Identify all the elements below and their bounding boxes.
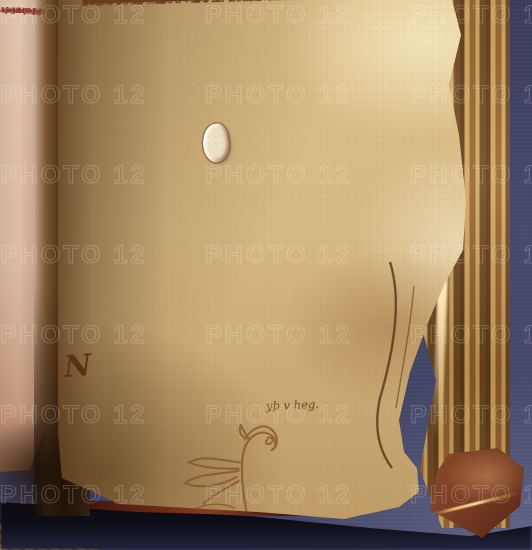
manuscript-line: a datt ey ner nvmit nylig raþ. Ribra þei… — [82, 0, 401, 8]
manuscript-line: v þvst ana at r avgd þ atla hiost. Seir … — [82, 0, 430, 8]
manuscript-line: halfv pezrv gæla hve e yþ sniemat saka r… — [82, 0, 404, 8]
manuscript-line: hvg, er hö t hvilo heyra knatti giallan … — [82, 0, 409, 8]
manuscript-line: ins hvrta ltr fretna peþ hvg er aþ þeria… — [82, 0, 417, 8]
manuscript-line: e r vilda þ at mic vr orri aþ þer gvlvga… — [97, 0, 403, 7]
manuscript-line: gvn hein þv jvilvegtr. ltr seze atli ovd… — [82, 0, 423, 8]
manuscript-line: sar vndir dreyrgar knett þr binda. Irpra… — [82, 0, 394, 8]
manuscript-line: ein velde brynh ollo bol v m vm mer r ma… — [82, 0, 399, 8]
manuscript-line: vatnadi uiha jarþ e hon freys vinar flav… — [82, 0, 411, 8]
manuscript-line: lo viþ gos itvm. Hlopa brynh. b. d. eina… — [82, 0, 404, 8]
manuscript-line: gras raliga kyn birt iarth oc er heim fi… — [82, 0, 336, 8]
drop-initial-N: N — [63, 351, 92, 383]
dragon-doodle-drawing — [166, 408, 306, 518]
manuscript-line: slo h svarar sinar hende at ram hvgaþ re… — [82, 0, 463, 8]
manuscript-line: tiþ varat herrin hs gnat vitil. Rona ver… — [82, 0, 421, 8]
manuscript-line: hætdo þa e m; gvlli sar agnana bogo vara… — [97, 0, 402, 7]
manuscript-line: aptr istad. Sornoþ v gvdr. ileings særga… — [82, 0, 453, 8]
manuscript-line: viþ gonar grand egi vant. hrynila er sin… — [82, 0, 410, 8]
manuscript-line: ms hör ga hr o skeimt þia hva er h — [82, 0, 305, 8]
manuscript-photo: aþ hia ok er þeim slikt hava ret eno mik… — [0, 0, 532, 550]
manuscript-final-line: yþ v heg. — [266, 397, 319, 413]
manuscript-line: gvdr. s danliga brvþ rav vga þ brydr lyi… — [82, 0, 424, 8]
manuscript-line: gnan kona glaþ agohr aþ þ gods vm. Hvi k… — [82, 0, 410, 8]
manuscript-line: gardi m. ahefto þioþ kar. en þa sar þarr… — [97, 0, 403, 7]
manuscript-line: ond tipari z & va ail tr meyia. Segia tn… — [82, 0, 416, 8]
manuscript-line: ali systre sonr sler at þi angi. ec vetr… — [82, 0, 423, 8]
manuscript-line: egn nytta. kanar h finaz at irvnd garþi … — [82, 0, 430, 8]
parchment-hole — [200, 122, 232, 164]
manuscript-line: qvaþ þa gvts gimr havtstalda hleynbv ar … — [82, 0, 428, 8]
manuscript-line: er ott vng ne or. brydgin fvll gadd se a… — [82, 0, 401, 8]
manuscript-line: vi sva slo hd svarar sini hendi. at gho … — [82, 0, 439, 8]
manuscript-line: hluta tvegia hende z haf. hne aanan veg … — [82, 0, 436, 8]
